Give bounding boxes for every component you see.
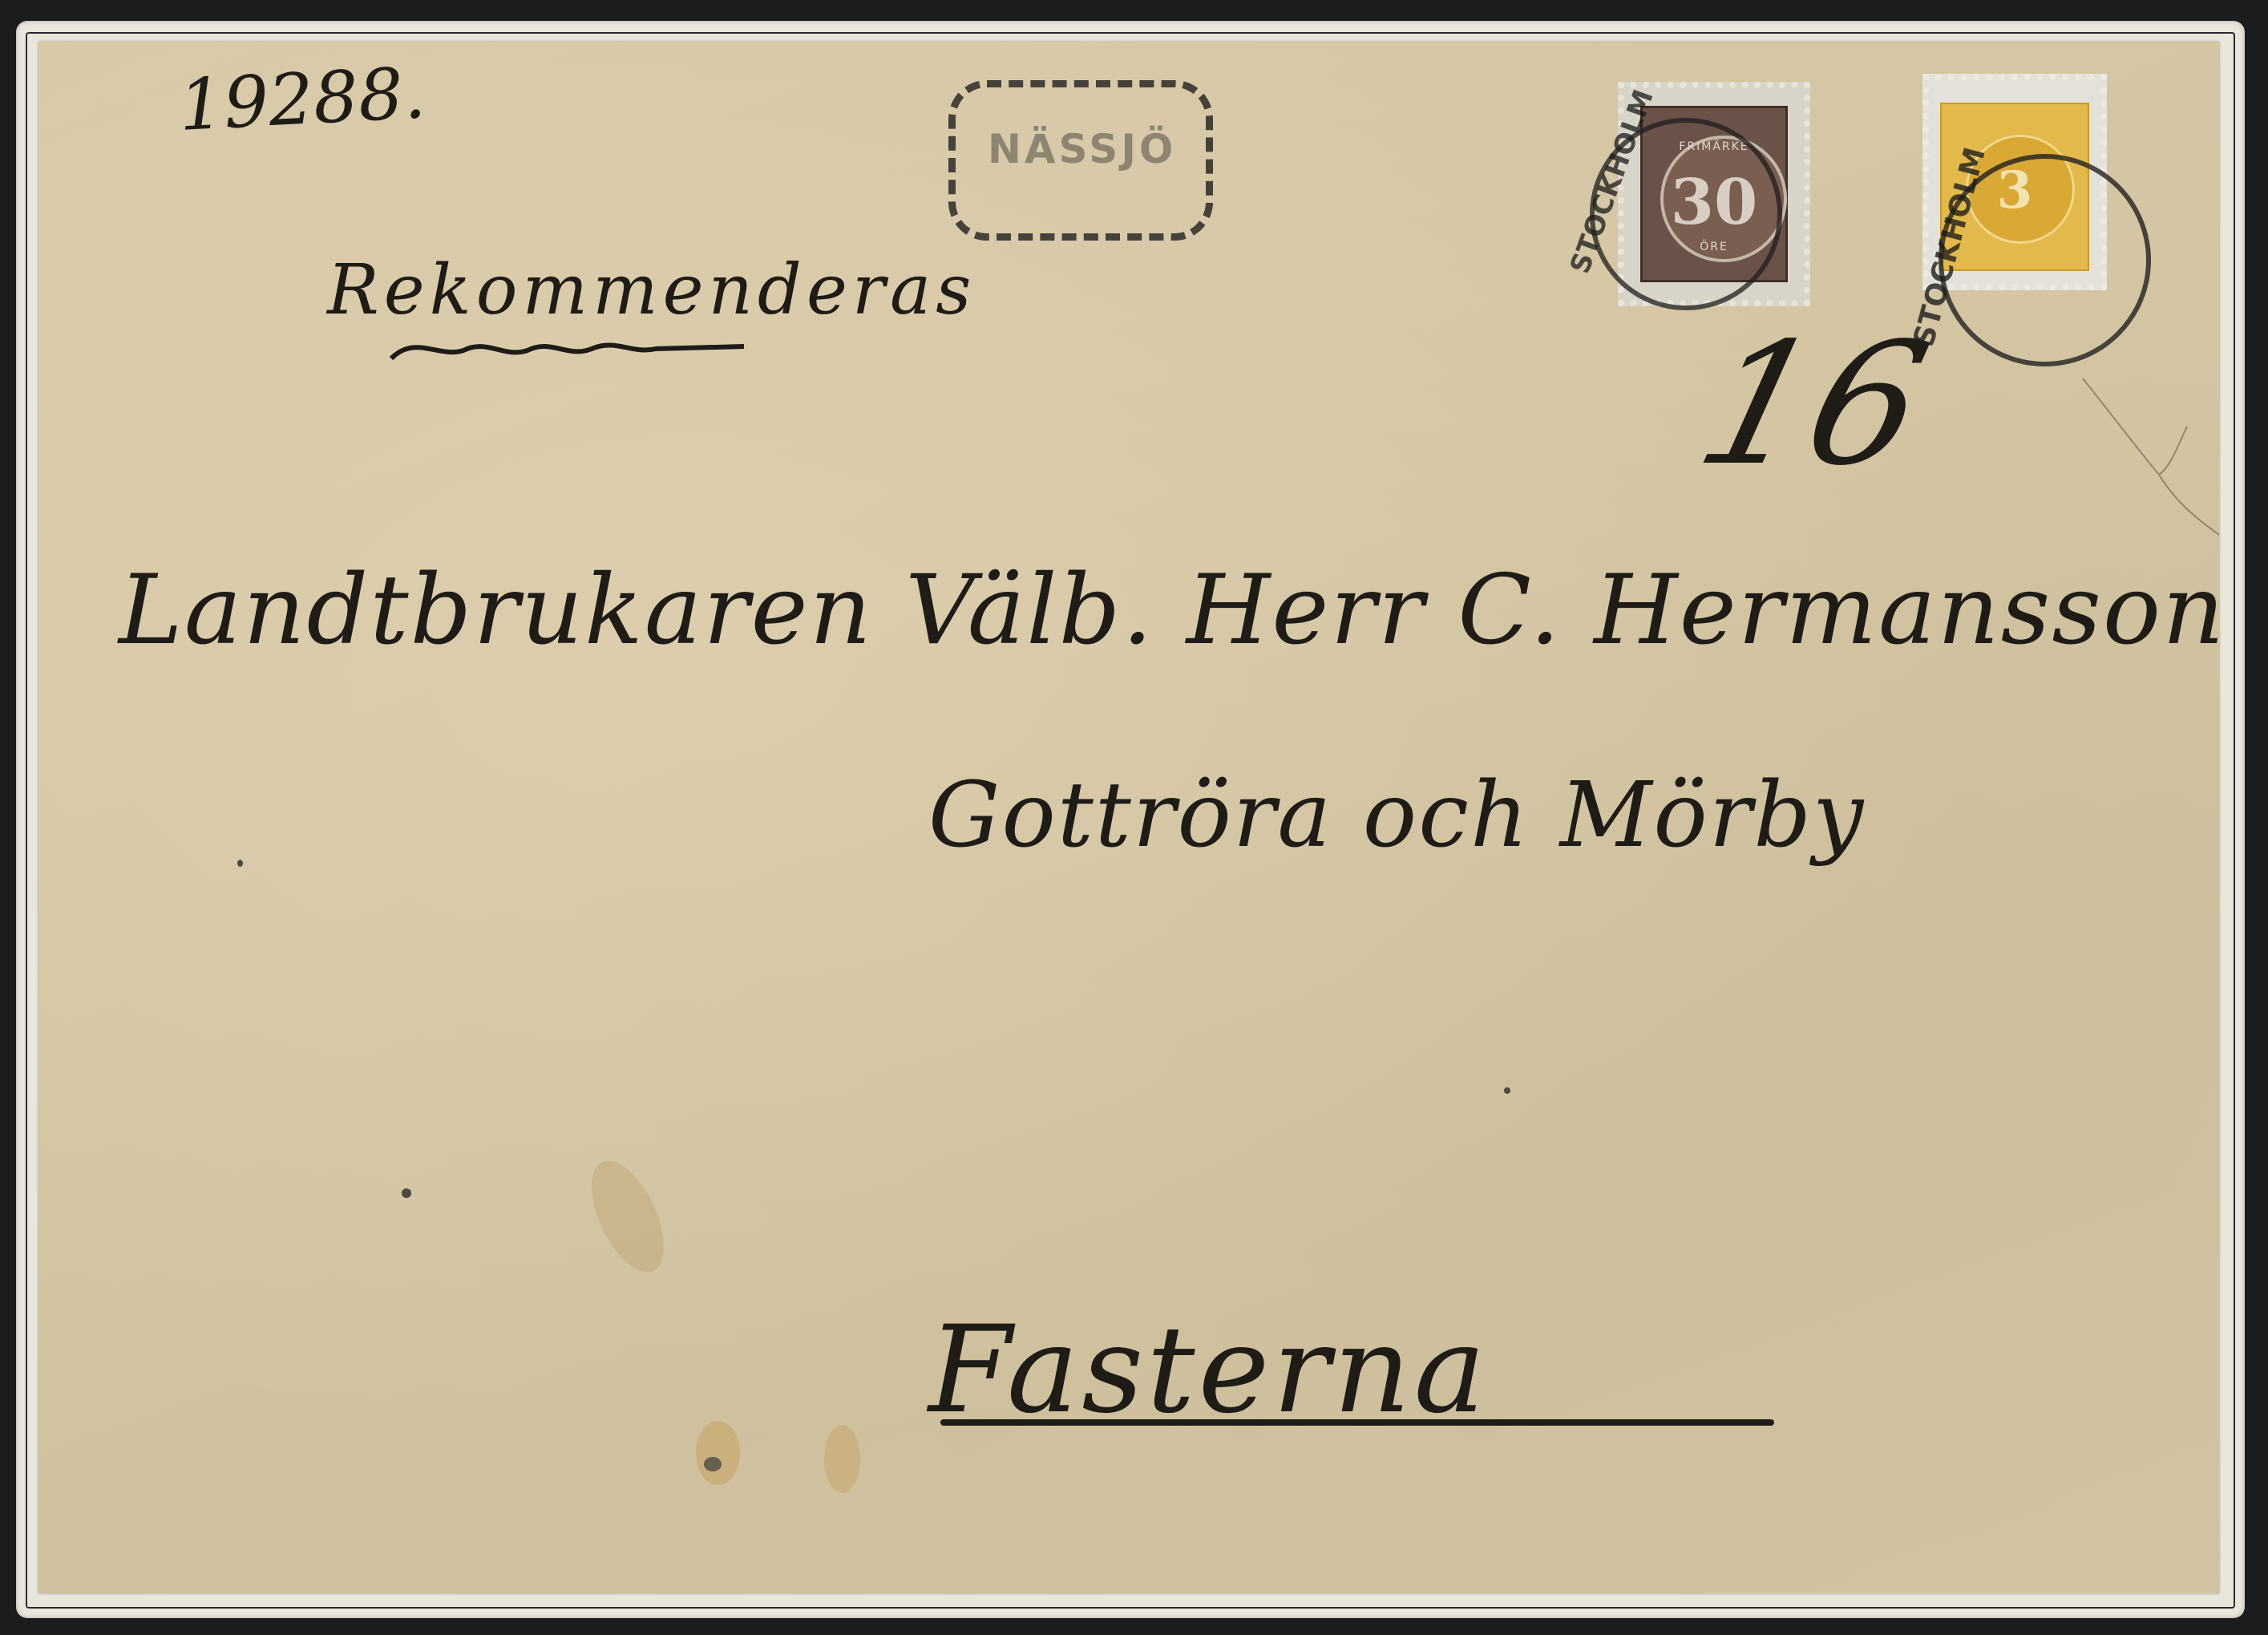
postmark: STOCKHOLM <box>1590 118 1782 310</box>
registration-cachet: NÄSSJÖ <box>948 80 1213 241</box>
foxing-stain <box>696 1421 740 1485</box>
registration-endorsement: Rekommenderas <box>327 250 976 330</box>
paper-crease <box>2083 346 2219 555</box>
address-line-2: Gottröra och Mörby <box>928 763 1865 868</box>
postmark: STOCKHOLM <box>1939 154 2151 366</box>
ink-spot <box>704 1457 722 1471</box>
address-underline <box>940 1419 1774 1426</box>
wavy-underline <box>391 334 744 366</box>
foxing-stain <box>577 1150 679 1283</box>
cachet-text: NÄSSJÖ <box>988 126 1176 172</box>
ink-spot <box>237 860 243 867</box>
reference-number: 19288. <box>177 51 428 147</box>
foxing-stain <box>824 1425 860 1493</box>
address-line-1: Landtbrukaren Välb. Herr C. Hermansson <box>119 555 2226 666</box>
ink-spot <box>1504 1087 1510 1094</box>
envelope: 19288. NÄSSJÖ Rekommenderas 30 FRIMÄRKE … <box>38 42 2219 1593</box>
postage-due-mark: 16 <box>1681 306 1944 503</box>
ink-spot <box>402 1188 411 1198</box>
